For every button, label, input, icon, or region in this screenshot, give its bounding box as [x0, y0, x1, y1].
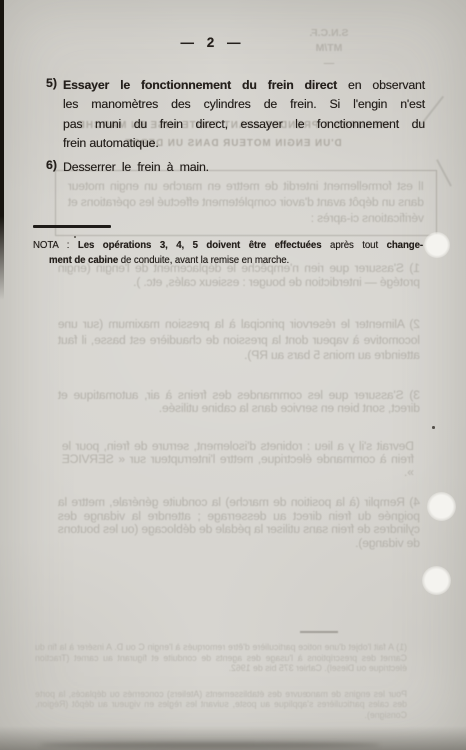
- bleed-corner-line1: S.N.C.F.: [292, 26, 366, 41]
- item-5-line4: frein automatique.: [63, 134, 425, 153]
- item-6-number: 6): [46, 158, 63, 177]
- page-number: — 2 —: [166, 35, 256, 50]
- section-rule: [33, 225, 111, 228]
- list-item-5: 5) Essayer le fonctionnement du frein di…: [46, 76, 425, 154]
- item-5-text: Essayer le fonctionnement du frein direc…: [63, 76, 425, 154]
- item-5-line1-bold: Essayer le fonctionnement du frein direc…: [63, 78, 337, 92]
- white-spot-3: [422, 566, 451, 595]
- item-6-text: Desserrer le frein à main.: [63, 158, 425, 177]
- bleed-paragraph-3: 3) S'assurer que les commandes des frein…: [58, 389, 420, 429]
- bleed-paragraph-5: 4) Remplir (à la position de marche) la …: [58, 496, 420, 551]
- nota-line2-bold: ment de cabine: [49, 255, 118, 266]
- bleed-corner-stamp: S.N.C.F. MT/M —: [292, 26, 366, 71]
- bleed-footnote-1: (1) A fait l'objet d'une notice particul…: [35, 642, 407, 686]
- paper-crease-2: [436, 159, 451, 186]
- bottom-scan-streak: [40, 742, 380, 748]
- paper-speck-2: [74, 236, 76, 238]
- bleed-paragraph-2: 2) Alimenter le réservoir principal à la…: [58, 317, 420, 380]
- white-spot-2: [427, 492, 456, 521]
- bleed-boxed-notice-text: Il est formellement interdit de mettre e…: [68, 178, 424, 226]
- bleed-corner-line2: MT/M: [292, 41, 366, 56]
- list-item-6: 6) Desserrer le frein à main.: [46, 158, 425, 177]
- item-5-line1: Essayer le fonctionnement du frein direc…: [63, 76, 425, 95]
- paper-speck-1: [432, 426, 435, 429]
- bleed-boxed-notice: Il est formellement interdit de mettre e…: [55, 170, 437, 236]
- item-5-line3: pas muni du frein direct, essayer le fon…: [63, 115, 425, 134]
- bleed-footnote-2: Pour les engins de manœuvre des établiss…: [35, 689, 407, 721]
- white-spot-1: [424, 232, 450, 258]
- bleed-corner-dash: —: [292, 56, 366, 71]
- item-5-number: 5): [46, 76, 63, 154]
- item-5-line1-rest: en observant: [337, 78, 425, 92]
- item-5-line2: les manomètres des cylindres de frein. S…: [63, 95, 425, 114]
- nota-line1-bold2: change-: [387, 240, 423, 251]
- nota-line1: NOTA : Les opérations 3, 4, 5 doivent êt…: [33, 239, 423, 254]
- scanned-document-page: S.N.C.F. MT/M — MESURES A PRENDRE AVANT …: [0, 0, 466, 750]
- nota-line1-mid: après tout: [322, 240, 387, 251]
- nota-label: NOTA :: [33, 240, 78, 251]
- scan-edge-shadow-left: [0, 0, 4, 300]
- nota-line2-rest: de conduite, avant la remise en marche.: [118, 255, 289, 266]
- bleed-footnote-rule: [300, 631, 338, 633]
- bleed-paragraph-4: Devrait s'il y a lieu : robinets d'isole…: [62, 440, 414, 479]
- nota-line2: ment de cabine de conduite, avant la rem…: [49, 254, 423, 269]
- nota-line1-bold: Les opérations 3, 4, 5 doivent être effe…: [78, 240, 322, 251]
- nota-block: NOTA : Les opérations 3, 4, 5 doivent êt…: [33, 239, 423, 269]
